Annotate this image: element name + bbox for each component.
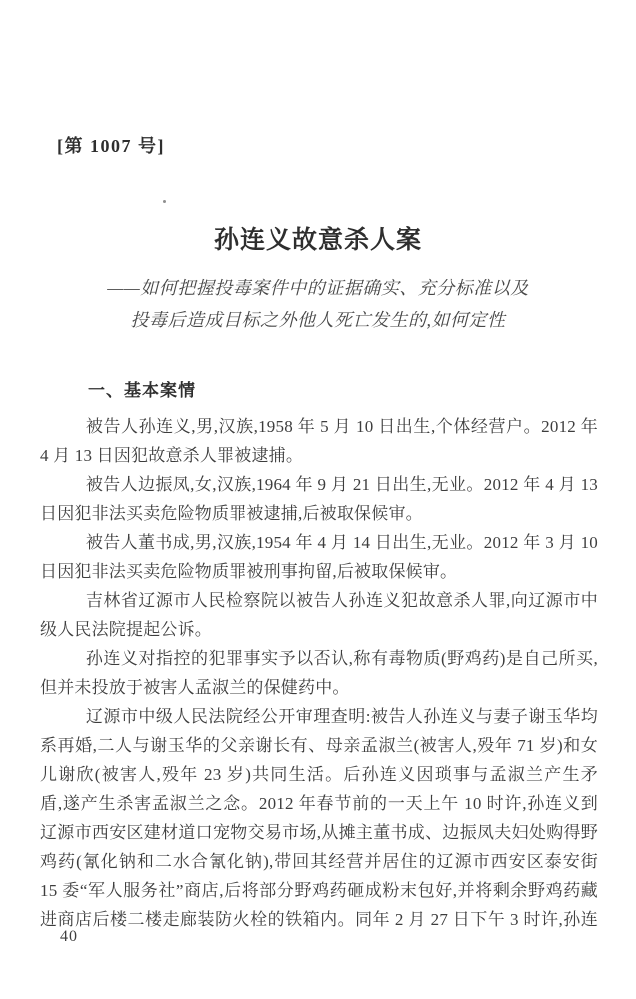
case-subtitle: ——如何把握投毒案件中的证据确实、充分标准以及 投毒后造成目标之外他人死亡发生的… bbox=[0, 272, 636, 336]
body-line: 鸡药(氰化钠和二水合氰化钠),带回其经营并居住的辽源市西安区泰安街 bbox=[40, 847, 598, 876]
body-line: 日因犯非法买卖危险物质罪被逮捕,后被取保候审。 bbox=[40, 499, 598, 528]
body-line: 15 委“军人服务社”商店,后将部分野鸡药砸成粉末包好,并将剩余野鸡药藏 bbox=[40, 876, 598, 905]
body-line: 日因犯非法买卖危险物质罪被刑事拘留,后被取保候审。 bbox=[40, 557, 598, 586]
print-artifact-dot bbox=[163, 200, 166, 203]
body-line: 辽源市西安区建材道口宠物交易市场,从摊主董书成、边振凤夫妇处购得野 bbox=[40, 818, 598, 847]
body-line: 盾,遂产生杀害孟淑兰之念。2012 年春节前的一天上午 10 时许,孙连义到 bbox=[40, 789, 598, 818]
case-title: 孙连义故意杀人案 bbox=[0, 226, 636, 255]
body-line: 被告人孙连义,男,汉族,1958 年 5 月 10 日出生,个体经营户。2012… bbox=[40, 412, 598, 441]
body-line: 级人民法院提起公诉。 bbox=[40, 615, 598, 644]
subtitle-line-1: ——如何把握投毒案件中的证据确实、充分标准以及 bbox=[0, 272, 636, 304]
body-line: 被告人董书成,男,汉族,1954 年 4 月 14 日出生,无业。2012 年 … bbox=[40, 528, 598, 557]
body-line: 辽源市中级人民法院经公开审理查明:被告人孙连义与妻子谢玉华均 bbox=[40, 702, 598, 731]
page-number: 40 bbox=[60, 928, 78, 946]
body-line: 被告人边振凤,女,汉族,1964 年 9 月 21 日出生,无业。2012 年 … bbox=[40, 470, 598, 499]
body-line: 孙连义对指控的犯罪事实予以否认,称有毒物质(野鸡药)是自己所买, bbox=[40, 644, 598, 673]
body-line: 系再婚,二人与谢玉华的父亲谢长有、母亲孟淑兰(被害人,殁年 71 岁)和女 bbox=[40, 731, 598, 760]
body-line: 4 月 13 日因犯故意杀人罪被逮捕。 bbox=[40, 441, 598, 470]
body-line: 吉林省辽源市人民检察院以被告人孙连义犯故意杀人罪,向辽源市中 bbox=[40, 586, 598, 615]
case-number-label: [第 1007 号] bbox=[57, 132, 165, 158]
subtitle-line-2: 投毒后造成目标之外他人死亡发生的,如何定性 bbox=[0, 304, 636, 336]
case-body: 被告人孙连义,男,汉族,1958 年 5 月 10 日出生,个体经营户。2012… bbox=[40, 412, 598, 934]
body-line: 但并未投放于被害人孟淑兰的保健药中。 bbox=[40, 673, 598, 702]
body-line: 进商店后楼二楼走廊装防火栓的铁箱内。同年 2 月 27 日下午 3 时许,孙连 bbox=[40, 905, 598, 934]
body-line: 儿谢欣(被害人,殁年 23 岁)共同生活。后孙连义因琐事与孟淑兰产生矛 bbox=[40, 760, 598, 789]
section-heading: 一、基本案情 bbox=[88, 381, 196, 401]
book-page: [第 1007 号] 孙连义故意杀人案 ——如何把握投毒案件中的证据确实、充分标… bbox=[0, 0, 636, 999]
